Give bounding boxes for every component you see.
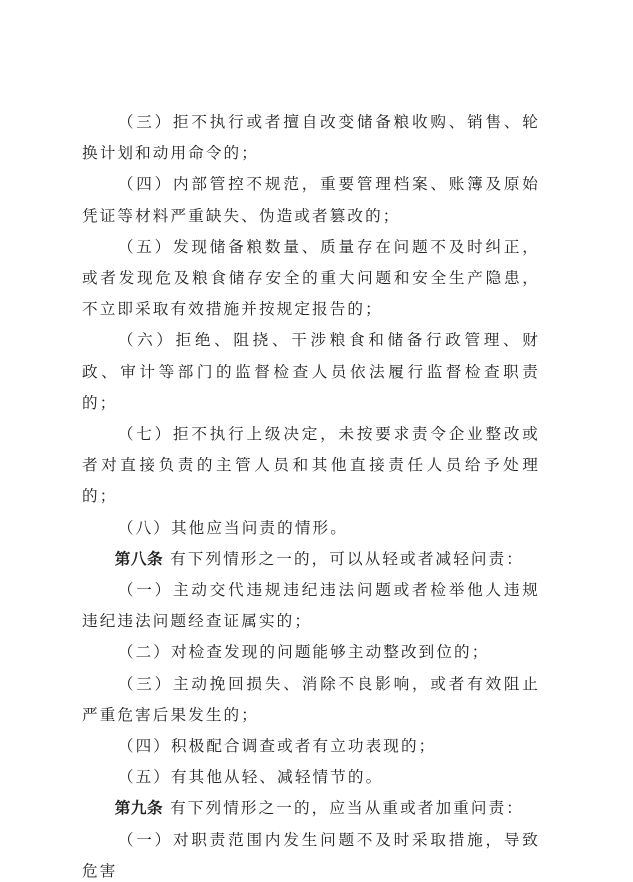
document-page: （三）拒不执行或者擅自改变储备粮收购、销售、轮换计划和动用命令的； （四）内部管… bbox=[82, 107, 540, 882]
article-9-heading: 第九条 bbox=[115, 799, 163, 817]
article-8-heading: 第八条 bbox=[115, 550, 163, 568]
article-8-item-1: （一）主动交代违规违纪违法问题或者检举他人违规违纪违法问题经查证属实的； bbox=[82, 575, 540, 637]
article-9-text: 有下列情形之一的，应当从重或者加重问责： bbox=[170, 799, 524, 817]
article-8: 第八条 有下列情形之一的，可以从轻或者减轻问责： bbox=[82, 544, 540, 575]
article-8-item-4: （四）积极配合调查或者有立功表现的； bbox=[82, 731, 540, 762]
clause-item-4: （四）内部管控不规范，重要管理档案、账簿及原始凭证等材料严重缺失、伪造或者篡改的… bbox=[82, 169, 540, 231]
clause-item-8: （八）其他应当问责的情形。 bbox=[82, 513, 540, 544]
article-9-item-1: （一）对职责范围内发生问题不及时采取措施，导致危害 bbox=[82, 825, 540, 882]
clause-item-7: （七）拒不执行上级决定，未按要求责令企业整改或者对直接负责的主管人员和其他直接责… bbox=[82, 419, 540, 513]
clause-item-3: （三）拒不执行或者擅自改变储备粮收购、销售、轮换计划和动用命令的； bbox=[82, 107, 540, 169]
article-8-item-3: （三）主动挽回损失、消除不良影响，或者有效阻止严重危害后果发生的； bbox=[82, 669, 540, 731]
clause-item-5: （五）发现储备粮数量、质量存在问题不及时纠正，或者发现危及粮食储存安全的重大问题… bbox=[82, 232, 540, 326]
article-8-item-5: （五）有其他从轻、减轻情节的。 bbox=[82, 762, 540, 793]
clause-item-6: （六）拒绝、阻挠、干涉粮食和储备行政管理、财政、审计等部门的监督检查人员依法履行… bbox=[82, 325, 540, 419]
article-9: 第九条 有下列情形之一的，应当从重或者加重问责： bbox=[82, 793, 540, 824]
article-8-text: 有下列情形之一的，可以从轻或者减轻问责： bbox=[170, 550, 524, 568]
article-8-item-2: （二）对检查发现的问题能够主动整改到位的； bbox=[82, 637, 540, 668]
